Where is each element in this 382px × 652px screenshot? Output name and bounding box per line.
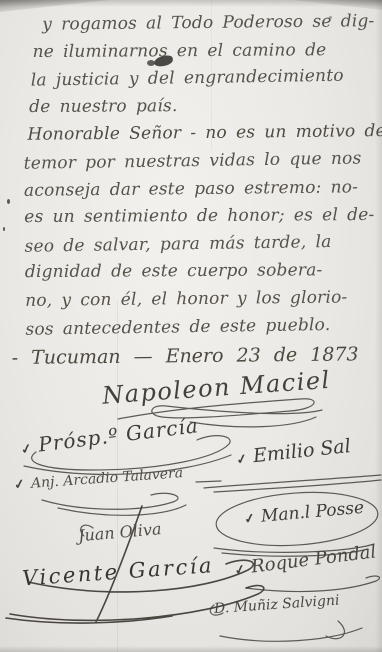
signature-salvigni: D. Muñiz Salvigni: [208, 592, 340, 617]
signature-pondal: ✓Roque Pondal: [233, 541, 377, 579]
letter-body: y rogamos al Todo Poderoso se dig- ne il…: [22, 8, 378, 373]
ink-speck: [3, 227, 5, 231]
check-mark: ✓: [233, 562, 247, 579]
manuscript-page: y rogamos al Todo Poderoso se dig- ne il…: [0, 0, 382, 652]
signature-emilio: ✓Emilio Sal: [235, 435, 352, 469]
letter-line: ne iluminarnos en el camino de: [22, 37, 374, 67]
signature-oliva: Juan Oliva: [71, 519, 162, 546]
signature-garcia: ✓Prósp.º García: [19, 413, 200, 459]
signature-vicente: Vicente García: [15, 553, 214, 591]
check-mark: ✓: [235, 451, 249, 468]
letter-line: aconseja dar este paso estremo: no-: [24, 174, 376, 205]
letter-line: es un sentimiento de honor; es el de-: [24, 202, 376, 232]
signature-maciel: Napoleon Maciel: [95, 366, 331, 410]
scan-edge-shadow: [0, 646, 382, 652]
letter-line: no, y con él, el honor y los glorio-: [25, 284, 377, 315]
ink-blot: [147, 60, 155, 66]
letter-line: temor por nuestras vidas lo que nos: [24, 145, 376, 178]
signature-name: D. Muñiz Salvigni: [214, 592, 340, 617]
signature-name: Roque Pondal: [250, 541, 377, 577]
letter-line: sos antecedentes de este pueblo.: [25, 311, 377, 344]
check-mark: ✓: [13, 477, 26, 494]
signature-name: Vicente García: [21, 553, 214, 590]
check-mark: ✓: [243, 511, 257, 528]
pondal-underline: [246, 576, 379, 591]
letter-line: y rogamos al Todo Poderoso se dig-: [22, 8, 374, 39]
signature-name: Emilio Sal: [252, 435, 352, 467]
ink-speck: [7, 199, 10, 204]
check-mark: ✓: [20, 441, 35, 458]
emilio-underline: [204, 475, 381, 492]
signature-talavera: ✓Anj. Arcadio Talavera: [14, 465, 184, 493]
letter-line: seo de salvar, para más tarde, la: [24, 228, 376, 261]
signature-name: Prósp.º García: [37, 413, 200, 456]
signature-posse: ✓Man.l Posse: [243, 498, 364, 528]
signature-name: Juan Oliva: [77, 519, 162, 545]
scan-edge-shadow: [0, 0, 382, 7]
letter-line: dignidad de este cuerpo sobera-: [25, 257, 377, 287]
signature-name: Man.l Posse: [260, 498, 365, 527]
letter-line: la justicia y del engrandecimiento: [23, 62, 375, 95]
letter-line: de nuestro país.: [23, 92, 375, 122]
signature-name: Napoleon Maciel: [101, 366, 331, 410]
signature-name: Anj. Arcadio Talavera: [31, 465, 184, 492]
